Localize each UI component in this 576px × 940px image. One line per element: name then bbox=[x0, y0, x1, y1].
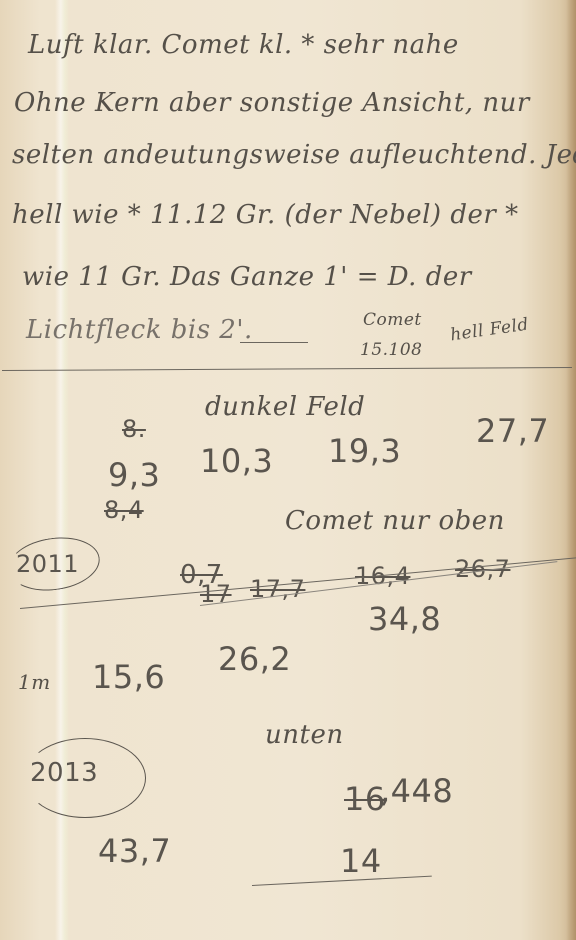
value-row4-left: 43,7 bbox=[98, 832, 171, 870]
value-row1-3: 19,3 bbox=[328, 432, 401, 470]
value-row1-2: 10,3 bbox=[200, 442, 273, 480]
prefix-1m: 1m bbox=[18, 670, 51, 694]
value-row3-2: 26,2 bbox=[218, 640, 291, 678]
side-note-number: 15.108 bbox=[360, 340, 422, 360]
value-row1-1: 9,3 bbox=[108, 456, 160, 494]
text-line-1: Luft klar. Comet kl. * sehr nahe bbox=[28, 30, 459, 60]
side-note-field: hell Feld bbox=[449, 315, 530, 346]
value-row1-4: 27,7 bbox=[476, 412, 549, 450]
value-row3-1: 15,6 bbox=[92, 658, 165, 696]
label-comet-only-top: Comet nur oben bbox=[285, 506, 505, 536]
separator-line bbox=[2, 367, 572, 371]
dash-line bbox=[240, 342, 308, 343]
crossed-value: 8. bbox=[122, 415, 146, 443]
crossed-value-row1: 8,4 bbox=[104, 496, 144, 524]
value-row4-below: 14 bbox=[340, 842, 382, 880]
year-label-2011: 2011 bbox=[16, 550, 79, 578]
text-line-4: hell wie * 11.12 Gr. (der Nebel) der * bbox=[12, 200, 519, 230]
notebook-page: Luft klar. Comet kl. * sehr nahe Ohne Ke… bbox=[0, 0, 576, 940]
text-line-3: selten andeutungsweise aufleuchtend. Jed… bbox=[12, 140, 576, 170]
text-line-2: Ohne Kern aber sonstige Ansicht, nur bbox=[14, 88, 530, 118]
value-row4-right: ,448 bbox=[380, 772, 453, 810]
value-row2: 34,8 bbox=[368, 600, 441, 638]
crossed-row2-5: 26,7 bbox=[455, 555, 510, 583]
text-line-5: wie 11 Gr. Das Ganze 1' = D. der bbox=[22, 262, 472, 292]
year-label-2013: 2013 bbox=[30, 758, 98, 788]
label-unten: unten bbox=[265, 720, 344, 750]
side-note-comet: Comet bbox=[363, 310, 422, 330]
header-dark-field: dunkel Feld bbox=[205, 392, 365, 422]
text-line-6: Lichtfleck bis 2'. bbox=[26, 315, 253, 345]
